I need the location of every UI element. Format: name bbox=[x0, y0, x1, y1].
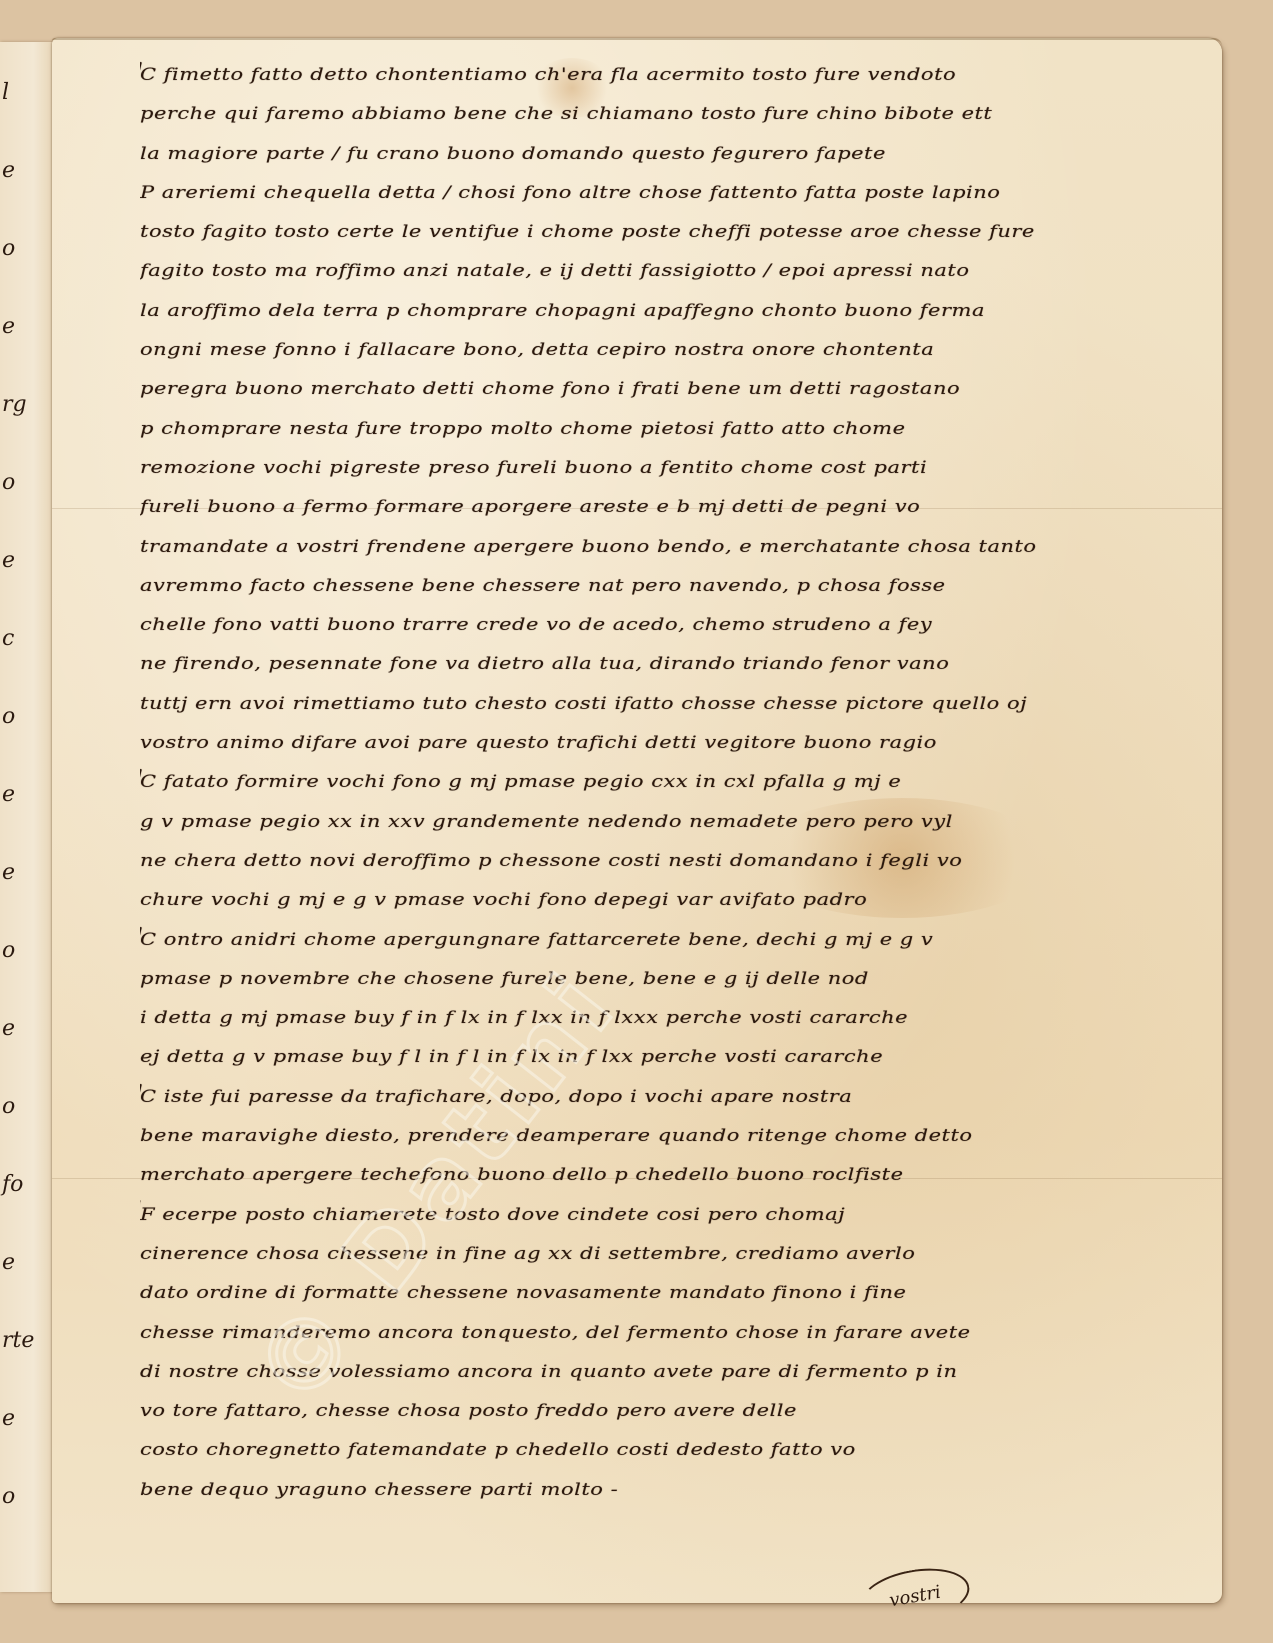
manuscript-line: fagito tosto ma roffimo anzi natale, e i… bbox=[140, 256, 1180, 295]
line-text: tuttj ern avoi rimettiamo tuto chesto co… bbox=[140, 693, 1027, 713]
line-text: C ontro anidri chome apergungnare fattar… bbox=[140, 929, 933, 949]
line-text: ne chera detto novi deroffimo p chessone… bbox=[140, 850, 962, 870]
manuscript-line: bene maravighe diesto, prendere deampera… bbox=[140, 1121, 1180, 1160]
manuscript-line: merchato apergere techefono buono dello … bbox=[140, 1160, 1180, 1199]
manuscript-line: remozione vochi pigreste preso fureli bu… bbox=[140, 453, 1180, 492]
margin-fragment: e bbox=[2, 862, 15, 884]
line-text: peregra buono merchato detti chome fono … bbox=[140, 379, 960, 399]
decorated-initial: C bbox=[140, 60, 143, 99]
manuscript-line: avremmo facto chessene bene chessere nat… bbox=[140, 571, 1180, 610]
manuscript-line: C iste fui paresse da trafichare, dopo, … bbox=[140, 1082, 1180, 1121]
line-text: vo tore fattaro, chesse chosa posto fred… bbox=[140, 1400, 797, 1420]
manuscript-line: ongni mese fonno i fallacare bono, detta… bbox=[140, 335, 1180, 374]
line-text: avremmo facto chessene bene chessere nat… bbox=[140, 575, 946, 595]
line-text: F ecerpe posto chiamerete tosto dove cin… bbox=[140, 1204, 845, 1224]
manuscript-line: perche qui faremo abbiamo bene che si ch… bbox=[140, 99, 1180, 138]
manuscript-line: pmase p novembre che chosene furele bene… bbox=[140, 964, 1180, 1003]
margin-fragment: e bbox=[2, 550, 15, 572]
line-text: bene maravighe diesto, prendere deampera… bbox=[140, 1125, 973, 1145]
line-text: la aroffimo dela terra p chomprare chopa… bbox=[140, 300, 985, 320]
margin-fragment: rg bbox=[2, 394, 27, 416]
closing-mark-text: vostri bbox=[888, 1581, 943, 1611]
line-text: chelle fono vatti buono trarre crede vo … bbox=[140, 614, 932, 634]
line-text: bene dequo yraguno chessere parti molto … bbox=[140, 1479, 618, 1499]
margin-fragment: o bbox=[2, 472, 15, 494]
line-text: tosto fagito tosto certe le ventifue i c… bbox=[140, 222, 1035, 242]
adjacent-page-edge: leoergoecoeeoeofoerteeo bbox=[0, 42, 56, 1592]
line-text: C fatato formire vochi fono g mj pmase p… bbox=[140, 772, 901, 792]
manuscript-line: cinerence chosa chessene in fine ag xx d… bbox=[140, 1239, 1180, 1278]
margin-fragment: e bbox=[2, 160, 15, 182]
manuscript-line: P areriemi chequella detta / chosi fono … bbox=[140, 178, 1180, 217]
margin-fragment: l bbox=[2, 82, 9, 104]
margin-fragment: e bbox=[2, 1252, 15, 1274]
line-text: remozione vochi pigreste preso fureli bu… bbox=[140, 457, 927, 477]
line-text: la magiore parte / fu crano buono domand… bbox=[140, 143, 886, 163]
manuscript-line: C ontro anidri chome apergungnare fattar… bbox=[140, 925, 1180, 964]
manuscript-line: chelle fono vatti buono trarre crede vo … bbox=[140, 610, 1180, 649]
margin-fragment: c bbox=[2, 628, 14, 650]
margin-fragment: o bbox=[2, 1096, 15, 1118]
line-text: vostro animo difare avoi pare questo tra… bbox=[140, 732, 937, 752]
closing-mark: vostri bbox=[856, 1561, 973, 1631]
margin-fragment: e bbox=[2, 316, 15, 338]
decorated-initial: C bbox=[140, 767, 143, 806]
line-text: ongni mese fonno i fallacare bono, detta… bbox=[140, 339, 934, 359]
line-text: chure vochi g mj e g v pmase vochi fono … bbox=[140, 890, 867, 910]
manuscript-line: i detta g mj pmase buy f in f lx in f lx… bbox=[140, 1003, 1180, 1042]
manuscript-line: bene dequo yraguno chessere parti molto … bbox=[140, 1475, 1180, 1514]
line-text: fureli buono a fermo formare aporgere ar… bbox=[140, 497, 920, 517]
manuscript-line: fureli buono a fermo formare aporgere ar… bbox=[140, 492, 1180, 531]
margin-fragment: e bbox=[2, 1408, 15, 1430]
manuscript-line: ne firendo, pesennate fone va dietro all… bbox=[140, 649, 1180, 688]
manuscript-line: vostro animo difare avoi pare questo tra… bbox=[140, 728, 1180, 767]
manuscript-line: g v pmase pegio xx in xxv grandemente ne… bbox=[140, 807, 1180, 846]
margin-fragment: fo bbox=[2, 1174, 23, 1196]
manuscript-line: la aroffimo dela terra p chomprare chopa… bbox=[140, 296, 1180, 335]
margin-fragment: o bbox=[2, 238, 15, 260]
margin-fragment: o bbox=[2, 706, 15, 728]
margin-fragment: e bbox=[2, 1018, 15, 1040]
line-text: ne firendo, pesennate fone va dietro all… bbox=[140, 654, 949, 674]
manuscript-line: la magiore parte / fu crano buono domand… bbox=[140, 139, 1180, 178]
line-text: perche qui faremo abbiamo bene che si ch… bbox=[140, 104, 992, 124]
manuscript-line: ej detta g v pmase buy f l in f l in f l… bbox=[140, 1042, 1180, 1081]
line-text: cinerence chosa chessene in fine ag xx d… bbox=[140, 1243, 915, 1263]
line-text: C fimetto fatto detto chontentiamo ch'er… bbox=[140, 64, 956, 84]
manuscript-line: peregra buono merchato detti chome fono … bbox=[140, 374, 1180, 413]
line-text: pmase p novembre che chosene furele bene… bbox=[140, 968, 869, 988]
manuscript-line: C fatato formire vochi fono g mj pmase p… bbox=[140, 767, 1180, 806]
margin-fragment: e bbox=[2, 784, 15, 806]
margin-fragment: rte bbox=[2, 1330, 34, 1352]
decorated-initial: C bbox=[140, 925, 143, 964]
manuscript-line: chure vochi g mj e g v pmase vochi fono … bbox=[140, 885, 1180, 924]
margin-fragment: o bbox=[2, 1486, 15, 1508]
line-text: costo choregnetto fatemandate p chedello… bbox=[140, 1440, 856, 1460]
decorated-initial: C bbox=[140, 1082, 143, 1121]
line-text: g v pmase pegio xx in xxv grandemente ne… bbox=[140, 811, 953, 831]
margin-fragment: o bbox=[2, 940, 15, 962]
manuscript-line: tosto fagito tosto certe le ventifue i c… bbox=[140, 217, 1180, 256]
manuscript-page: C fimetto fatto detto chontentiamo ch'er… bbox=[52, 38, 1222, 1603]
line-text: fagito tosto ma roffimo anzi natale, e i… bbox=[140, 261, 969, 281]
manuscript-line: costo choregnetto fatemandate p chedello… bbox=[140, 1435, 1180, 1474]
manuscript-line: p chomprare nesta fure troppo molto chom… bbox=[140, 414, 1180, 453]
manuscript-line: ne chera detto novi deroffimo p chessone… bbox=[140, 846, 1180, 885]
manuscript-line: tuttj ern avoi rimettiamo tuto chesto co… bbox=[140, 689, 1180, 728]
line-text: P areriemi chequella detta / chosi fono … bbox=[140, 182, 1000, 202]
line-text: tramandate a vostri frendene apergere bu… bbox=[140, 536, 1037, 556]
manuscript-line: tramandate a vostri frendene apergere bu… bbox=[140, 532, 1180, 571]
manuscript-line: F ecerpe posto chiamerete tosto dove cin… bbox=[140, 1200, 1180, 1239]
line-text: dato ordine di formatte chessene novasam… bbox=[140, 1283, 906, 1303]
line-text: p chomprare nesta fure troppo molto chom… bbox=[140, 418, 906, 438]
manuscript-line: C fimetto fatto detto chontentiamo ch'er… bbox=[140, 60, 1180, 99]
